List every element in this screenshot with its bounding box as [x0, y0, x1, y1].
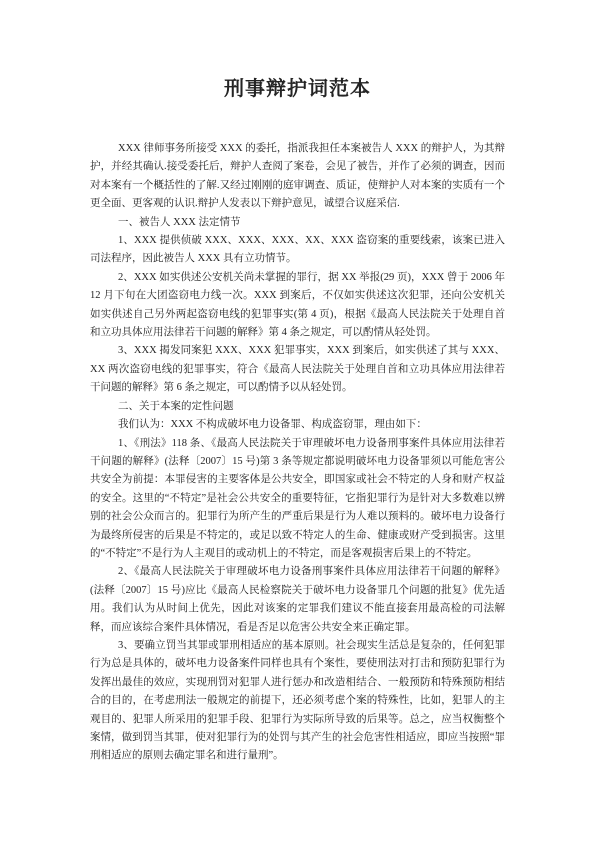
section-2-opinion-paragraph: 我们认为：XXX 不构成破坏电力设备罪、构成盗窃罪，理由如下： — [90, 416, 505, 434]
section-1-item-2-paragraph: 2、XXX 如实供述公安机关尚未掌握的罪行，据 XX 举报(29 页)，XXX … — [90, 269, 505, 343]
section-1-item-3-paragraph: 3、XXX 揭发同案犯 XXX、XXX 犯罪事实，XXX 到案后，如实供述了其与… — [90, 342, 505, 397]
document-page: 刑事辩护词范本 XXX 律师事务所接受 XXX 的委托，指派我担任本案被告人 X… — [0, 0, 595, 841]
section-2-item-2-paragraph: 2、《最高人民法院关于审理破坏电力设备刑事案件具体应用法律若干问题的解释》(法释… — [90, 563, 505, 637]
document-body: XXX 律师事务所接受 XXX 的委托，指派我担任本案被告人 XXX 的辩护人，… — [90, 140, 505, 766]
section-2-item-3-paragraph: 3、要确立罚当其罪或罪刑相适应的基本原则。社会现实生活总是复杂的，任何犯罪行为总… — [90, 637, 505, 766]
intro-paragraph: XXX 律师事务所接受 XXX 的委托，指派我担任本案被告人 XXX 的辩护人，… — [90, 140, 505, 214]
section-1-item-1-paragraph: 1、XXX 提供侦破 XXX、XXX、XXX、XX、XXX 盗窃案的重要线索，该… — [90, 232, 505, 269]
section-2-heading: 二、关于本案的定性问题 — [90, 398, 505, 416]
section-1-heading: 一、被告人 XXX 法定情节 — [90, 214, 505, 232]
section-2-item-1-paragraph: 1、《刑法》118 条、《最高人民法院关于审理破坏电力设备刑事案件具体应用法律若… — [90, 435, 505, 564]
document-title: 刑事辩护词范本 — [90, 76, 505, 102]
